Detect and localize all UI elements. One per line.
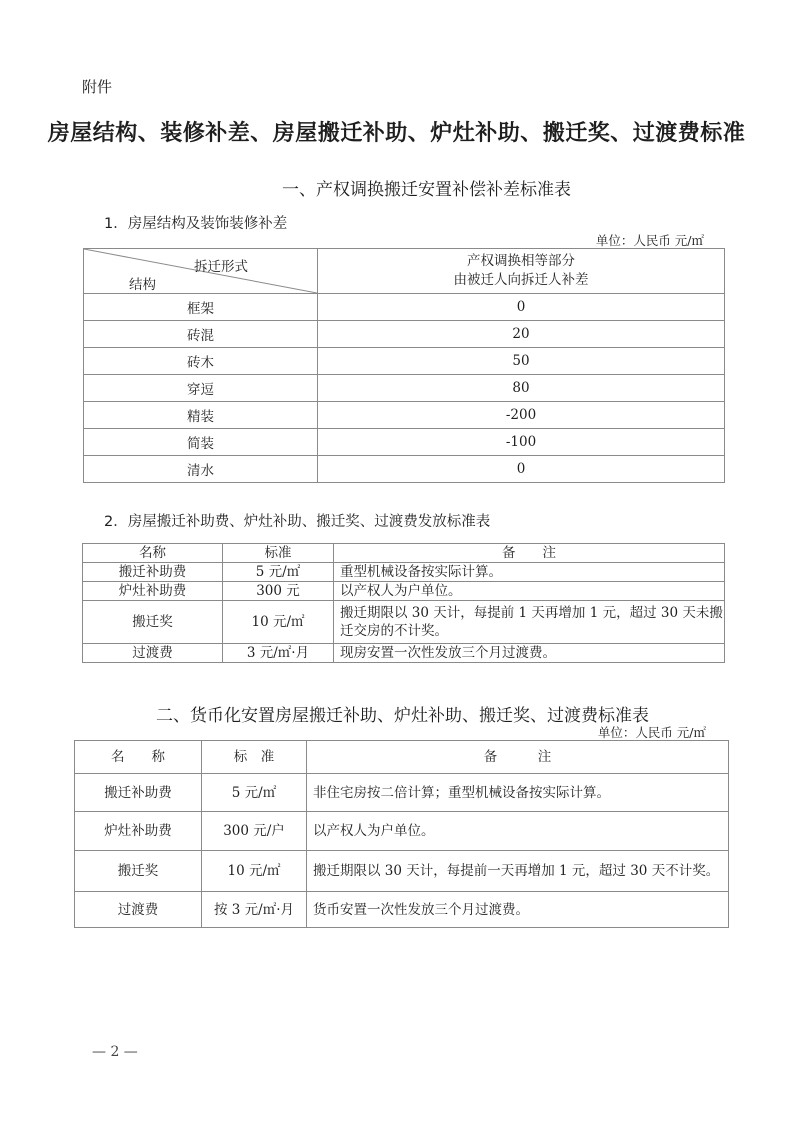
table-row: 搬迁奖 10 元/㎡ 搬迁期限以 30 天计，每提前 1 天再增加 1 元，超过… — [83, 601, 725, 644]
table-row: 炉灶补助费 300 元/户 以产权人为户单位。 — [75, 812, 729, 851]
table-header-row: 名称 标准 备 注 — [83, 544, 725, 563]
document-title: 房屋结构、装修补差、房屋搬迁补助、炉灶补助、搬迁奖、过渡费标准 — [0, 116, 793, 147]
table-row: 过渡费 按 3 元/㎡·月 货币安置一次性发放三个月过渡费。 — [75, 892, 729, 928]
monetary-resettlement-table: 名 称 标 准 备 注 搬迁补助费 5 元/㎡ 非住宅房按二倍计算；重型机械设备… — [74, 740, 729, 928]
header-compensation: 产权调换相等部分 由被迁人向拆迁人补差 — [318, 249, 725, 294]
table-row: 搬迁补助费 5 元/㎡ 非住宅房按二倍计算；重型机械设备按实际计算。 — [75, 774, 729, 812]
table-row: 搬迁奖 10 元/㎡ 搬迁期限以 30 天计，每提前一天再增加 1 元，超过 3… — [75, 851, 729, 892]
table-row: 精装-200 — [84, 402, 725, 429]
section1-title: 一、产权调换搬迁安置补偿补差标准表 — [30, 175, 793, 200]
table1-unit: 单位：人民币 元/㎡ — [596, 231, 704, 249]
attachment-label: 附件 — [82, 76, 112, 97]
page-number: — 2 — — [92, 1044, 138, 1060]
table1-subtitle: 1．房屋结构及装饰装修补差 — [104, 212, 287, 233]
table-row: 砖混20 — [84, 321, 725, 348]
table-row: 砖木50 — [84, 348, 725, 375]
table-row: 搬迁补助费 5 元/㎡ 重型机械设备按实际计算。 — [83, 563, 725, 582]
table-header-row: 拆迁形式 结构 产权调换相等部分 由被迁人向拆迁人补差 — [84, 249, 725, 294]
table3-unit: 单位：人民币 元/㎡ — [598, 723, 706, 741]
table-row: 过渡费 3 元/㎡·月 现房安置一次性发放三个月过渡费。 — [83, 644, 725, 663]
structure-compensation-table: 拆迁形式 结构 产权调换相等部分 由被迁人向拆迁人补差 框架0 砖混20 砖木5… — [83, 248, 725, 483]
table-row: 简装-100 — [84, 429, 725, 456]
diagonal-header-cell: 拆迁形式 结构 — [84, 249, 318, 294]
table-header-row: 名 称 标 准 备 注 — [75, 741, 729, 774]
table-row: 清水0 — [84, 456, 725, 483]
header-demolition-form: 拆迁形式 — [194, 255, 248, 275]
header-structure: 结构 — [129, 273, 156, 293]
table-row: 穿逗80 — [84, 375, 725, 402]
table-row: 框架0 — [84, 294, 725, 321]
table2-subtitle: 2．房屋搬迁补助费、炉灶补助、搬迁奖、过渡费发放标准表 — [104, 510, 490, 531]
table-row: 炉灶补助费 300 元 以产权人为户单位。 — [83, 582, 725, 601]
relocation-subsidy-table: 名称 标准 备 注 搬迁补助费 5 元/㎡ 重型机械设备按实际计算。 炉灶补助费… — [82, 543, 725, 663]
